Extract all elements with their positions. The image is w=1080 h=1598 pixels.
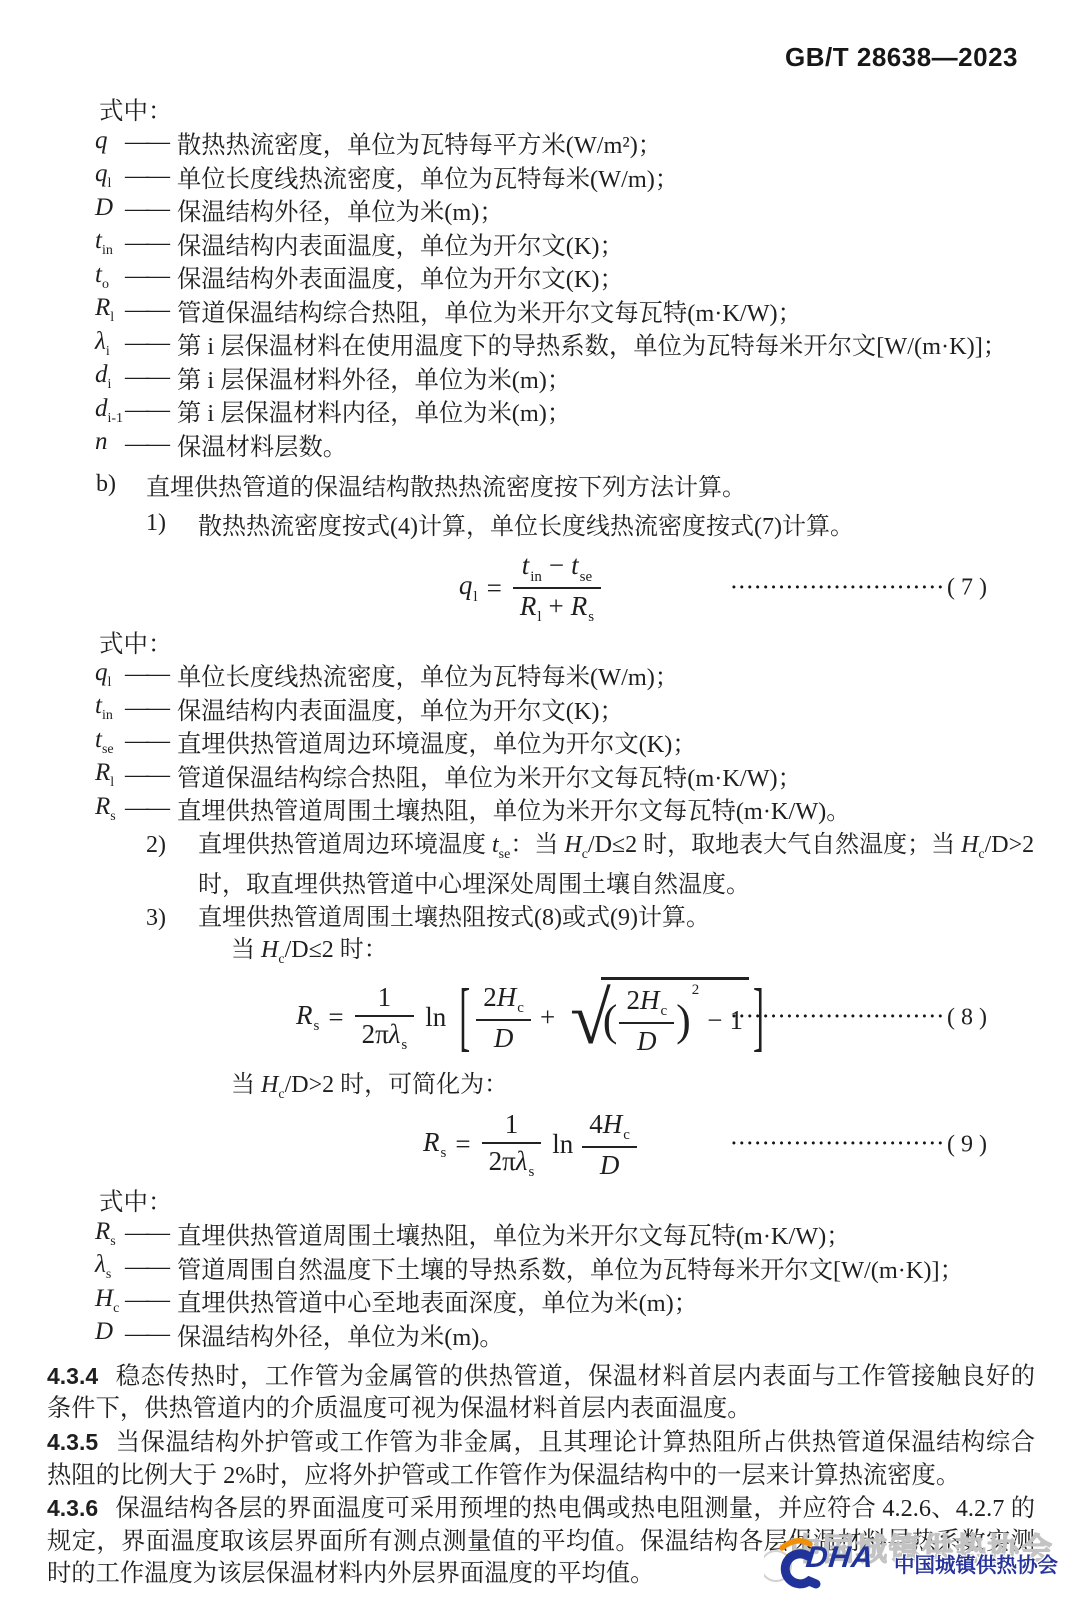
definition-row: di-1 —— 第 i 层保温材料内径，单位为米(m)； (95, 394, 1035, 428)
dotted-leader: ··························· (731, 1134, 945, 1156)
symbol: tin (95, 692, 125, 724)
definition-dash: —— (125, 431, 167, 458)
page-content: 式中： q —— 散热热流密度，单位为瓦特每平方米(W/m²)； ql —— 单… (0, 0, 1080, 1591)
symbol: Hc (961, 832, 985, 858)
clause-4-3-4: 4.3.4稳态传热时，工作管为金属管的供热管道，保温材料首层内表面与工作管接触良… (47, 1360, 1035, 1426)
symbol: Hc (564, 832, 588, 858)
symbol: D (95, 1318, 125, 1350)
definition-row: Rl —— 管道保温结构综合热阻，单位为米开尔文每瓦特(m·K/W)； (95, 294, 1035, 328)
list-item-text: 散热热流密度按式(4)计算，单位长度线热流密度按式(7)计算。 (198, 506, 854, 541)
clause-text: 稳态传热时，工作管为金属管的供热管道，保温材料首层内表面与工作管接触良好的条件下… (47, 1363, 1035, 1423)
symbol: Rs (571, 589, 594, 628)
definition-dash: —— (125, 364, 167, 391)
list-item-text: 直埋供热管道的保温结构散热热流密度按下列方法计算。 (146, 467, 746, 502)
definition-list-3: Rs —— 直埋供热管道周围土壤热阻，单位为米开尔文每瓦特(m·K/W)； λs… (95, 1217, 1035, 1351)
symbol: tin (95, 227, 125, 259)
definition-text: 保温材料层数。 (177, 427, 347, 462)
definition-text: 保温结构内表面温度，单位为开尔文(K)； (177, 226, 624, 261)
definition-dash: —— (125, 695, 167, 722)
definition-text: 单位长度线热流密度，单位为瓦特每米(W/m)； (177, 159, 679, 194)
definition-row: D —— 保温结构外径，单位为米(m)； (95, 193, 1035, 227)
condition-8: 当 Hc/D≤2 时： (231, 935, 1035, 966)
equals-sign: = (487, 573, 502, 604)
equation-tail: ··························· ( 8 ) (731, 1004, 987, 1031)
definition-row: ql —— 单位长度线热流密度，单位为瓦特每米(W/m)； (95, 658, 1035, 692)
symbol: Hc (640, 983, 667, 1022)
definition-row: n —— 保温材料层数。 (95, 428, 1035, 462)
fraction: 2 Hc D (476, 980, 531, 1056)
symbol: ql (95, 160, 125, 192)
equation-tail: ··························· ( 9 ) (731, 1131, 987, 1158)
definition-row: Hc —— 直埋供热管道中心至地表面深度，单位为米(m)； (95, 1284, 1035, 1318)
definition-dash: —— (125, 1254, 167, 1281)
definition-row: D —— 保温结构外径，单位为米(m)。 (95, 1317, 1035, 1351)
list-item-label: 1) (146, 510, 198, 537)
symbol: λs (516, 1144, 535, 1183)
definition-dash: —— (125, 163, 167, 190)
definition-dash: —— (125, 762, 167, 789)
symbol: to (95, 261, 125, 293)
formula-7: ql = tin − tse Rl + Rs ·· (47, 546, 1035, 630)
fraction: 4 Hc D (582, 1107, 637, 1183)
plus-sign: + (540, 1002, 555, 1033)
symbol: Rl (520, 589, 542, 628)
definition-text: 直埋供热管道中心至地表面深度，单位为米(m)； (177, 1283, 698, 1318)
logo-acronym: DHA (804, 1541, 876, 1575)
formula-lhs: Rs (296, 1000, 319, 1035)
fraction: 1 2πλs (355, 980, 415, 1056)
definition-text: 第 i 层保温材料在使用温度下的导热系数，单位为瓦特每米开尔文[W/(m·K)]… (177, 326, 1007, 361)
definition-row: q —— 散热热流密度，单位为瓦特每平方米(W/m²)； (95, 126, 1035, 160)
equation-tail: ··························· ( 7 ) (731, 575, 987, 602)
symbol: tse (95, 726, 125, 758)
minus-sign: − (707, 1005, 722, 1036)
list-item-text: 直埋供热管道周围土壤热阻按式(8)或式(9)计算。 (198, 903, 710, 935)
definition-row: λs —— 管道周围自然温度下土壤的导热系数，单位为瓦特每米开尔文[W/(m·K… (95, 1250, 1035, 1284)
definition-text: 第 i 层保温材料外径，单位为米(m)； (177, 360, 571, 395)
symbol: Hc (95, 1285, 125, 1317)
definition-dash: —— (125, 728, 167, 755)
definition-text: 直埋供热管道周围土壤热阻，单位为米开尔文每瓦特(m·K/W)。 (177, 791, 851, 826)
ln-operator: ln (425, 1002, 446, 1033)
definition-row: to —— 保温结构外表面温度，单位为开尔文(K)； (95, 260, 1035, 294)
definition-text: 保温结构外径，单位为米(m)。 (177, 1317, 504, 1352)
definition-dash: —— (125, 129, 167, 156)
ln-operator: ln (552, 1129, 573, 1160)
logo-association-name: 中国城镇供热协会 (894, 1548, 1058, 1578)
symbol: Hc (603, 1107, 630, 1146)
definition-text: 管道保温结构综合热阻，单位为米开尔文每瓦特(m·K/W)； (177, 293, 802, 328)
symbol: Hc (497, 980, 524, 1019)
definition-dash: —— (125, 263, 167, 290)
equation-number: ( 9 ) (947, 1131, 987, 1158)
plus-sign: + (549, 589, 564, 624)
definition-dash: —— (125, 196, 167, 223)
symbol: λs (95, 1251, 125, 1283)
list-item-label: b) (96, 471, 146, 498)
standard-code: GB/T 28638—2023 (785, 42, 1018, 73)
definition-text: 保温结构外表面温度，单位为开尔文(K)； (177, 259, 624, 294)
definition-row: Rs —— 直埋供热管道周围土壤热阻，单位为米开尔文每瓦特(m·K/W)。 (95, 792, 1035, 826)
list-item-1: 1) 散热热流密度按式(4)计算，单位长度线热流密度按式(7)计算。 (146, 506, 1035, 540)
minus-sign: − (549, 548, 564, 583)
symbol: di-1 (95, 395, 125, 427)
symbol: tin (522, 548, 542, 587)
definition-row: Rs —— 直埋供热管道周围土壤热阻，单位为米开尔文每瓦特(m·K/W)； (95, 1217, 1035, 1251)
definition-dash: —— (125, 297, 167, 324)
symbol: Rs (95, 1218, 125, 1250)
dotted-leader: ··························· (731, 577, 945, 599)
formula-7-body: ql = tin − tse Rl + Rs (459, 548, 603, 628)
symbol: q (95, 127, 125, 159)
clause-text: 当保温结构外护管或工作管为非金属，且其理论计算热阻所占供热管道保温结构综合热阻的… (47, 1429, 1035, 1489)
definition-row: tin —— 保温结构内表面温度，单位为开尔文(K)； (95, 227, 1035, 261)
definition-row: Rl —— 管道保温结构综合热阻，单位为米开尔文每瓦特(m·K/W)； (95, 759, 1035, 793)
square-root: √ ( 2 Hc D ) 2 − 1 (570, 977, 749, 1059)
equals-sign: = (455, 1129, 470, 1160)
definition-list-1: q —— 散热热流密度，单位为瓦特每平方米(W/m²)； ql —— 单位长度线… (95, 126, 1035, 461)
definition-text: 保温结构外径，单位为米(m)； (177, 192, 504, 227)
symbol: Hc (261, 937, 285, 963)
definition-dash: —— (125, 330, 167, 357)
definition-text: 直埋供热管道周围土壤热阻，单位为米开尔文每瓦特(m·K/W)； (177, 1216, 851, 1251)
list-item-3: 3) 直埋供热管道周围土壤热阻按式(8)或式(9)计算。 (146, 903, 1035, 935)
definition-text: 散热热流密度，单位为瓦特每平方米(W/m²)； (177, 125, 662, 160)
definition-dash: —— (125, 1321, 167, 1348)
definition-dash: —— (125, 230, 167, 257)
formula-9: Rs = 1 2πλs ln 4 Hc D ··················… (47, 1103, 1035, 1187)
definition-text: 保温结构内表面温度，单位为开尔文(K)； (177, 691, 624, 726)
symbol: di (95, 361, 125, 393)
clause-number: 4.3.6 (47, 1495, 115, 1521)
clause-number: 4.3.4 (47, 1363, 115, 1389)
definition-list-2: ql —— 单位长度线热流密度，单位为瓦特每米(W/m)； tin —— 保温结… (95, 658, 1035, 826)
where-label: 式中： (99, 98, 1035, 126)
symbol: λi (95, 328, 125, 360)
symbol: tse (571, 548, 592, 587)
symbol: Rl (95, 294, 125, 326)
definition-dash: —— (125, 661, 167, 688)
radical-sign-icon: √ (570, 982, 611, 1056)
orange-arc-outer (782, 1541, 810, 1548)
definition-dash: —— (125, 1220, 167, 1247)
where-label: 式中： (99, 632, 1035, 658)
equation-number: ( 8 ) (947, 1004, 987, 1031)
definition-text: 管道周围自然温度下土壤的导热系数，单位为瓦特每米开尔文[W/(m·K)]； (177, 1250, 964, 1285)
definition-row: di —— 第 i 层保温材料外径，单位为米(m)； (95, 361, 1035, 395)
definition-row: ql —— 单位长度线热流密度，单位为瓦特每米(W/m)； (95, 160, 1035, 194)
where-label: 式中： (99, 1189, 1035, 1217)
definition-dash: —— (125, 795, 167, 822)
formula-lhs: Rs (423, 1127, 446, 1162)
definition-dash: —— (125, 397, 167, 424)
definition-row: tse —— 直埋供热管道周边环境温度，单位为开尔文(K)； (95, 725, 1035, 759)
condition-9: 当 Hc/D>2 时，可简化为： (231, 1070, 1035, 1101)
symbol: tse (492, 832, 510, 858)
definition-dash: —— (125, 1287, 167, 1314)
dotted-leader: ··························· (731, 1007, 945, 1029)
fraction: 2 Hc D (619, 983, 674, 1059)
list-item-label: 3) (146, 903, 198, 935)
formula-8: Rs = 1 2πλs ln [ 2 Hc D + √ (47, 968, 1035, 1068)
list-item-label: 2) (146, 830, 198, 902)
association-logo: 中国城镇供热协会 DHA 中国城镇供热协会 (734, 1514, 1080, 1598)
symbol: ql (95, 659, 125, 691)
definition-row: tin —— 保温结构内表面温度，单位为开尔文(K)； (95, 692, 1035, 726)
fraction: tin − tse Rl + Rs (513, 548, 601, 628)
formula-9-body: Rs = 1 2πλs ln 4 Hc D (423, 1107, 639, 1183)
symbol: Rs (95, 793, 125, 825)
symbol: Rl (95, 759, 125, 791)
list-item-2: 2) 直埋供热管道周边环境温度 tse：当 Hc/D≤2 时，取地表大气自然温度… (146, 830, 1035, 902)
definition-text: 管道保温结构综合热阻，单位为米开尔文每瓦特(m·K/W)； (177, 758, 802, 793)
document-page: GB/T 28638—2023 式中： q —— 散热热流密度，单位为瓦特每平方… (0, 0, 1080, 1598)
list-item-text: 直埋供热管道周边环境温度 tse：当 Hc/D≤2 时，取地表大气自然温度；当 … (198, 830, 1035, 902)
clause-number: 4.3.5 (47, 1429, 115, 1455)
formula-lhs: ql (459, 570, 478, 605)
definition-text: 单位长度线热流密度，单位为瓦特每米(W/m)； (177, 657, 679, 692)
definition-row: λi —— 第 i 层保温材料在使用温度下的导热系数，单位为瓦特每米开尔文[W/… (95, 327, 1035, 361)
list-item-b: b) 直埋供热管道的保温结构散热热流密度按下列方法计算。 (96, 467, 1035, 501)
definition-text: 直埋供热管道周边环境温度，单位为开尔文(K)； (177, 724, 697, 759)
symbol: λs (389, 1017, 408, 1056)
equation-number: ( 7 ) (947, 575, 987, 602)
symbol: D (95, 194, 125, 226)
definition-text: 第 i 层保温材料内径，单位为米(m)； (177, 393, 571, 428)
equals-sign: = (328, 1002, 343, 1033)
formula-8-body: Rs = 1 2πλs ln [ 2 Hc D + √ (296, 977, 766, 1059)
exponent: 2 (692, 983, 700, 998)
symbol: n (95, 428, 125, 460)
fraction: 1 2πλs (482, 1107, 542, 1183)
clause-4-3-5: 4.3.5当保温结构外护管或工作管为非金属，且其理论计算热阻所占供热管道保温结构… (47, 1426, 1035, 1492)
symbol: Hc (261, 1072, 285, 1098)
